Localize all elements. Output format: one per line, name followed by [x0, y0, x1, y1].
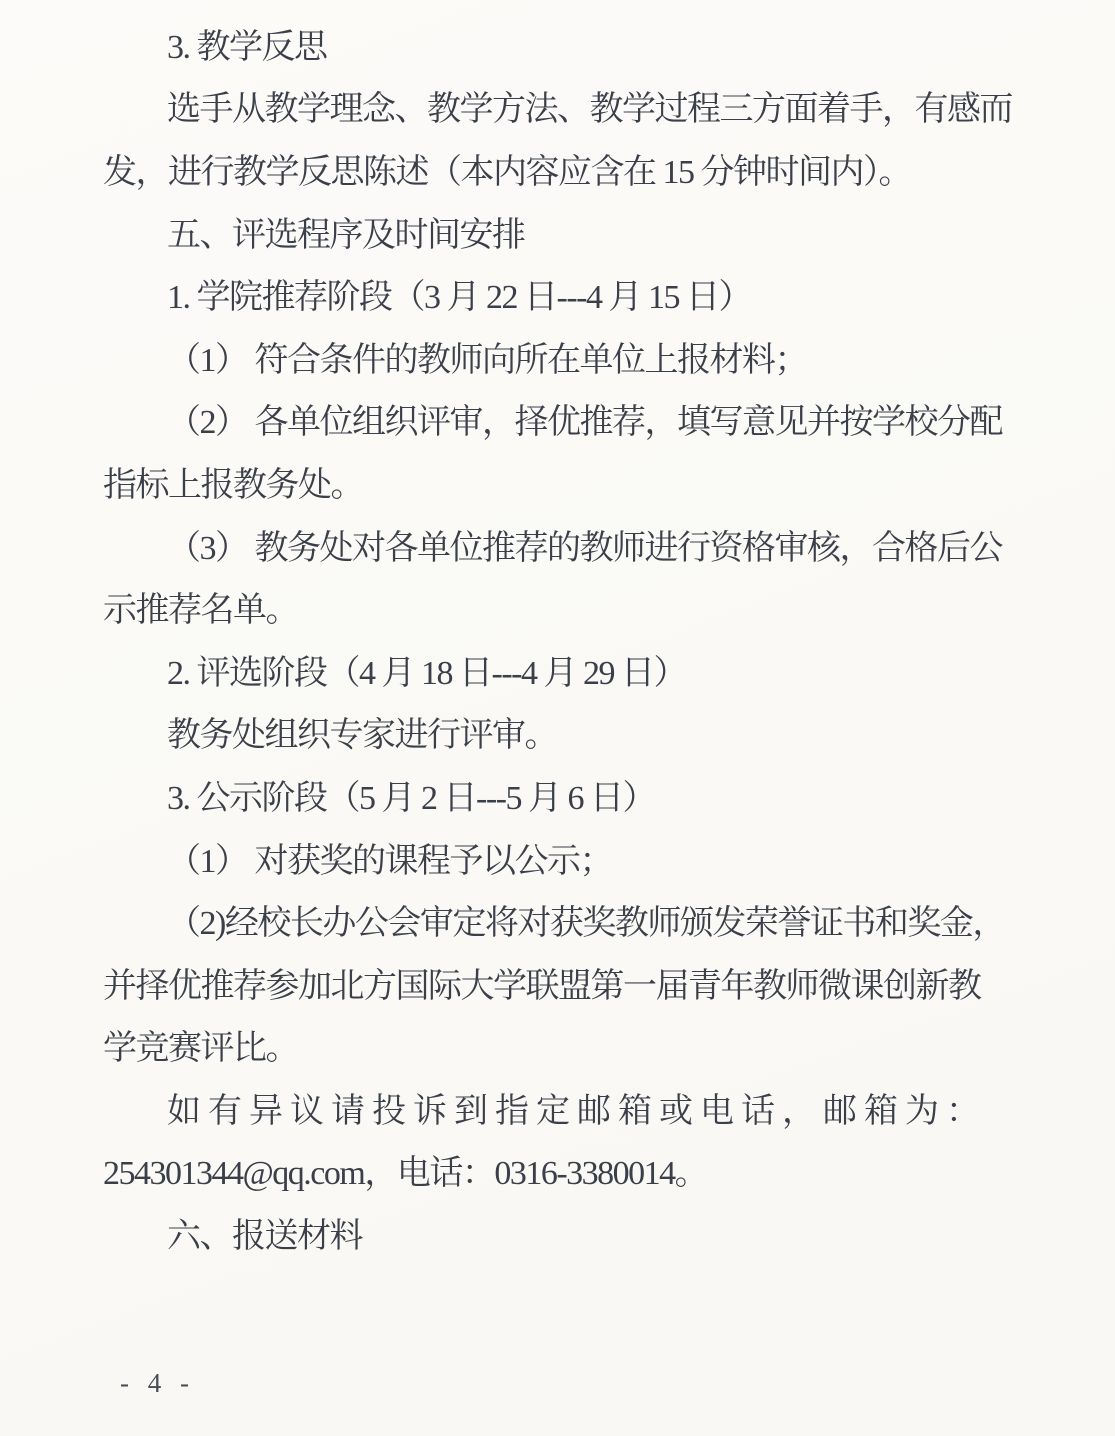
- text-line: 3. 教学反思: [103, 12, 1008, 75]
- text-line: （2)经校长办公会审定将对获奖教师颁发荣誉证书和奖金，: [103, 888, 1008, 951]
- text-line: 1. 学院推荐阶段（3 月 22 日---4 月 15 日）: [103, 262, 1008, 325]
- text-line: 指标上报教务处。: [103, 450, 1008, 513]
- text-line: 示推荐名单。: [103, 575, 1008, 638]
- text-line: 如有异议请投诉到指定邮箱或电话，邮箱为：: [103, 1076, 1008, 1139]
- scanned-document-page: 3. 教学反思选手从教学理念、教学方法、教学过程三方面着手，有感而发，进行教学反…: [0, 0, 1115, 1436]
- text-line: 2. 评选阶段（4 月 18 日---4 月 29 日）: [103, 638, 1008, 701]
- page-number: - 4 -: [120, 1368, 195, 1399]
- document-body: 3. 教学反思选手从教学理念、教学方法、教学过程三方面着手，有感而发，进行教学反…: [103, 12, 1008, 1264]
- text-line: 教务处组织专家进行评审。: [103, 701, 1008, 764]
- text-line: 254301344@qq.com，电话：0316-3380014。: [103, 1139, 1008, 1202]
- text-line: 选手从教学理念、教学方法、教学过程三方面着手，有感而: [103, 75, 1008, 138]
- text-line: 学竞赛评比。: [103, 1014, 1008, 1077]
- text-line: （1） 符合条件的教师向所在单位上报材料；: [103, 325, 1008, 388]
- text-line: 发，进行教学反思陈述（本内容应含在 15 分钟时间内）。: [103, 137, 1008, 200]
- text-line: （1） 对获奖的课程予以公示；: [103, 826, 1008, 889]
- text-line: 并择优推荐参加北方国际大学联盟第一届青年教师微课创新教: [103, 951, 1008, 1014]
- text-line: （2） 各单位组织评审，择优推荐，填写意见并按学校分配: [103, 388, 1008, 451]
- text-line: 五、评选程序及时间安排: [103, 200, 1008, 263]
- text-line: 3. 公示阶段（5 月 2 日---5 月 6 日）: [103, 763, 1008, 826]
- text-line: 六、报送材料: [103, 1201, 1008, 1264]
- text-line: （3） 教务处对各单位推荐的教师进行资格审核，合格后公: [103, 513, 1008, 576]
